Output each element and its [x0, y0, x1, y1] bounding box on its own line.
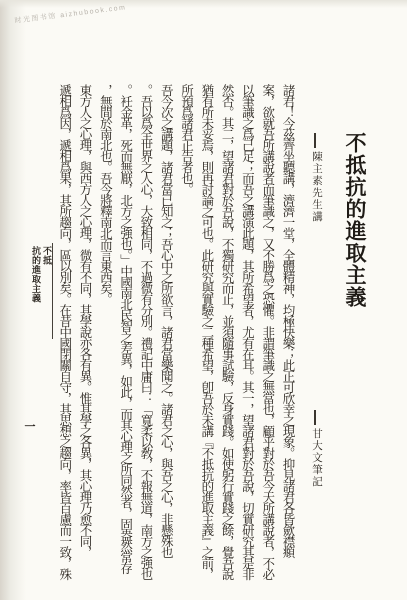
body-column: 吾今次之講題，諸君當已知之；吾心中之所欲言，諸君當樂聞之。諸君之心，與吾之心，非…	[156, 84, 176, 596]
body-column: 諸君！今茲齊坐聽講，濟濟一堂，全體精神，均極快樂；此正可欣幸之現象。抑見諸君各皆…	[278, 84, 298, 596]
page-top-shading	[0, 0, 407, 8]
body-column: 。衽金革，死而無厭，北方之強也。」中國南北民智之差異，如此，而其心理之所同然者，…	[115, 84, 135, 596]
body-column: ，無間於南北也。吾今將釋南北而言東西矣。	[95, 84, 115, 596]
body-column: 以筆識之爲己足；而吾之講演此題，其所希望者，尤有在耳。其一，望諸君對於吾說，切實…	[237, 84, 257, 596]
recorder-rule-mark	[314, 410, 316, 425]
body-column: 猶有所未妥焉，則再討論之可也。此研究與實驗之二種希望，卽吾於未講『不抵抗的進取主…	[197, 84, 217, 596]
recorder-annotation: 甘大文筆記	[306, 428, 324, 500]
body-column: 所預爲諸君正告者也。	[176, 84, 196, 596]
scanned-book-page: 时光图书馆 aizhubook.com 不抵抗的進取主義 陳主素先生講 甘大文筆…	[0, 0, 407, 600]
body-column: 案，欲就吾所講說者而筆識之，又不勝爲之恐懼。非謂筆識之無當也，顧乎對於吾今天所講…	[257, 84, 277, 596]
speaker-annotation: 陳主素先生講	[306, 151, 324, 235]
margin-running-title: 抗的進取主義	[30, 246, 43, 346]
body-column: 。吾以爲全世界之人心，大致相同，不過微有分別。禮記中庸曰：「寬柔以敎，不報無道，…	[136, 84, 156, 596]
page-spine-shading	[0, 0, 26, 600]
body-column: 然否。其二，望諸君對於吾說，不獨研究而止，並須隨事試驗，反身實踐。如使躬行實踐之…	[217, 84, 237, 596]
body-column: 東方人之心理，與西方人之心理，微有不同，其學說亦各有異。惟其學之各異，其心理乃愈…	[75, 84, 95, 596]
speaker-rule-mark	[314, 133, 316, 148]
library-watermark: 时光图书馆 aizhubook.com	[14, 2, 127, 26]
body-column: 遞相爲因，遞相爲果，其所趨向，區以別矣。在昔中國閉關自守，其思想之趨向，率皆百慮…	[54, 84, 74, 596]
page-number: 一	[22, 418, 38, 432]
page-title: 不抵抗的進取主義	[332, 132, 370, 318]
body-text-block: 諸君！今茲齊坐聽講，濟濟一堂，全體精神，均極快樂；此正可欣幸之現象。抑見諸君各皆…	[54, 84, 298, 596]
